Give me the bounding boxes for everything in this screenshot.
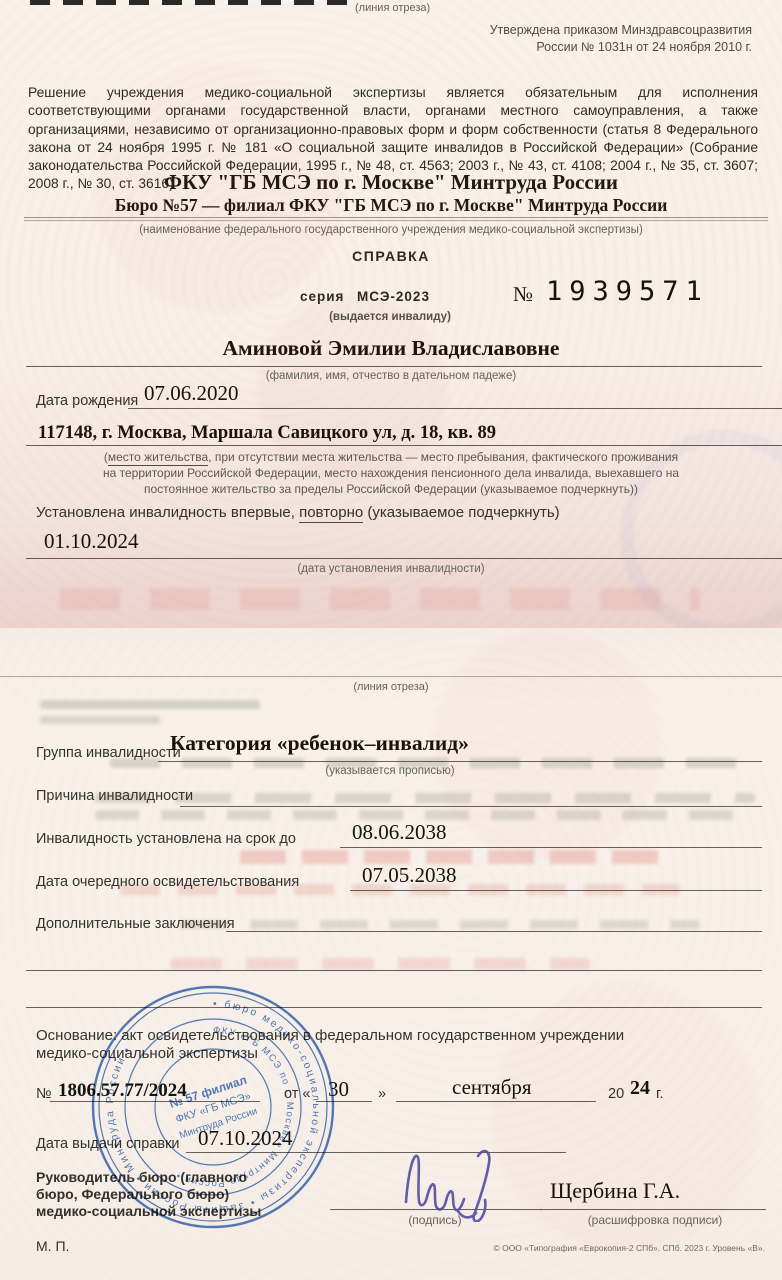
- address-caption-line2: на территории Российской Федерации, мест…: [0, 466, 782, 480]
- issued-to-caption: (выдается инвалиду): [285, 311, 495, 323]
- cut-line-2-label: (линия отреза): [0, 681, 782, 693]
- printer-note: © ООО «Типография «Еврокопия-2 СПб». СПб…: [400, 1243, 765, 1253]
- term-underline: [340, 847, 762, 848]
- seal-place-mark: М. П.: [36, 1238, 69, 1254]
- cut-dashed-line: [30, 0, 355, 5]
- address-caption-rest: , при отсутствии места жительства — мест…: [208, 450, 678, 464]
- act-year-value: 24: [630, 1077, 650, 1100]
- cut-line-label: (линия отреза): [355, 2, 430, 14]
- head-name-caption: (расшифровка подписи): [560, 1213, 750, 1227]
- org-name-line1: ФКУ "ГБ МСЭ по г. Москве" Минтруда Росси…: [0, 170, 782, 195]
- act-number-sign: №: [36, 1086, 52, 1102]
- term-label: Инвалидность установлена на срок до: [36, 831, 296, 847]
- handwritten-signature: [398, 1146, 506, 1222]
- red-bleedthrough-heading: [240, 850, 660, 864]
- number-sign: №: [513, 282, 533, 307]
- act-year-prefix: 20: [608, 1086, 624, 1102]
- next-exam-value: 07.05.2038: [362, 863, 457, 888]
- ink-bleedthrough-band: [60, 588, 700, 610]
- recipient-underline: [26, 366, 762, 367]
- approval-note-line1: Утверждена приказом Минздравсоцразвития: [400, 22, 752, 39]
- group-label: Группа инвалидности: [36, 745, 181, 761]
- org-underline-1: [24, 217, 768, 218]
- recipient-name: Аминовой Эмилии Владиславовне: [0, 336, 782, 361]
- established-date-underline: [26, 558, 782, 559]
- org-caption: (наименование федерального государственн…: [0, 224, 782, 236]
- signature-stroke-3: [458, 1211, 476, 1217]
- act-year-suffix: г.: [656, 1086, 664, 1102]
- cause-label: Причина инвалидности: [36, 788, 193, 804]
- established-underlined: повторно: [299, 504, 363, 523]
- address-caption-line3: постоянное жительство за пределы Российс…: [0, 482, 782, 496]
- document-title: СПРАВКА: [0, 248, 782, 264]
- text-bleedthrough-6: [180, 920, 700, 929]
- signature-stroke-1: [406, 1156, 464, 1210]
- birth-date-label: Дата рождения: [36, 393, 138, 409]
- group-value: Категория «ребенок–инвалид»: [170, 731, 469, 756]
- blank-underline-1: [26, 970, 762, 971]
- approval-note: Утверждена приказом Минздравсоцразвития …: [400, 22, 752, 56]
- certificate-front-page: (линия отреза) Утверждена приказом Минзд…: [0, 0, 782, 628]
- address-caption-underlined: место жительства: [108, 450, 208, 466]
- birth-date-underline: [128, 408, 782, 409]
- next-exam-underline: [350, 890, 762, 891]
- act-month-value: сентября: [452, 1075, 532, 1100]
- recipient-caption: (фамилия, имя, отчество в дательном паде…: [0, 370, 782, 382]
- established-date-caption: (дата установления инвалидности): [0, 563, 782, 575]
- certificate-number: 1939571: [546, 276, 709, 307]
- address-caption-line1: (место жительства, при отсутствии места …: [0, 450, 782, 464]
- red-bleedthrough-serial: [170, 958, 590, 970]
- additional-label: Дополнительные заключения: [36, 916, 235, 932]
- address-underline: [26, 445, 782, 446]
- term-value: 08.06.2038: [352, 820, 447, 845]
- cut-line-2: [0, 676, 782, 677]
- org-underline-2: [24, 220, 768, 221]
- text-bleedthrough-1: [40, 700, 260, 709]
- address-value: 117148, г. Москва, Маршала Савицкого ул,…: [38, 423, 496, 444]
- established-statement: Установлена инвалидность впервые, повтор…: [36, 504, 560, 521]
- org-name-line2: Бюро №57 — филиал ФКУ "ГБ МСЭ по г. Моск…: [0, 195, 782, 216]
- text-bleedthrough-4: [95, 793, 755, 803]
- head-name-underline: [540, 1209, 766, 1210]
- act-quote-close: »: [378, 1086, 386, 1102]
- established-date-value: 01.10.2024: [44, 529, 139, 554]
- group-underline: [158, 761, 762, 762]
- text-bleedthrough-5: [95, 810, 755, 820]
- established-prefix: Установлена инвалидность впервые,: [36, 504, 299, 521]
- signature-stroke-2: [474, 1151, 490, 1221]
- head-name-value: Щербина Г.А.: [550, 1178, 680, 1204]
- act-month-underline: [396, 1101, 596, 1102]
- scanned-disability-certificate: (линия отреза) Утверждена приказом Минзд…: [0, 0, 782, 1280]
- text-bleedthrough-2: [40, 716, 160, 724]
- round-stamp: • бюро медико-социальной экспертизы • за…: [86, 980, 340, 1234]
- additional-underline: [226, 931, 762, 932]
- group-caption: (указывается прописью): [300, 765, 480, 777]
- established-suffix: (указываемое подчеркнуть): [363, 504, 559, 521]
- approval-note-line2: России № 1031н от 24 ноября 2010 г.: [400, 39, 752, 56]
- next-exam-label: Дата очередного освидетельствования: [36, 874, 299, 890]
- cause-underline: [180, 806, 762, 807]
- birth-date-value: 07.06.2020: [144, 381, 239, 406]
- series-value: МСЭ-2023: [357, 289, 430, 304]
- series-label: серия: [300, 289, 344, 304]
